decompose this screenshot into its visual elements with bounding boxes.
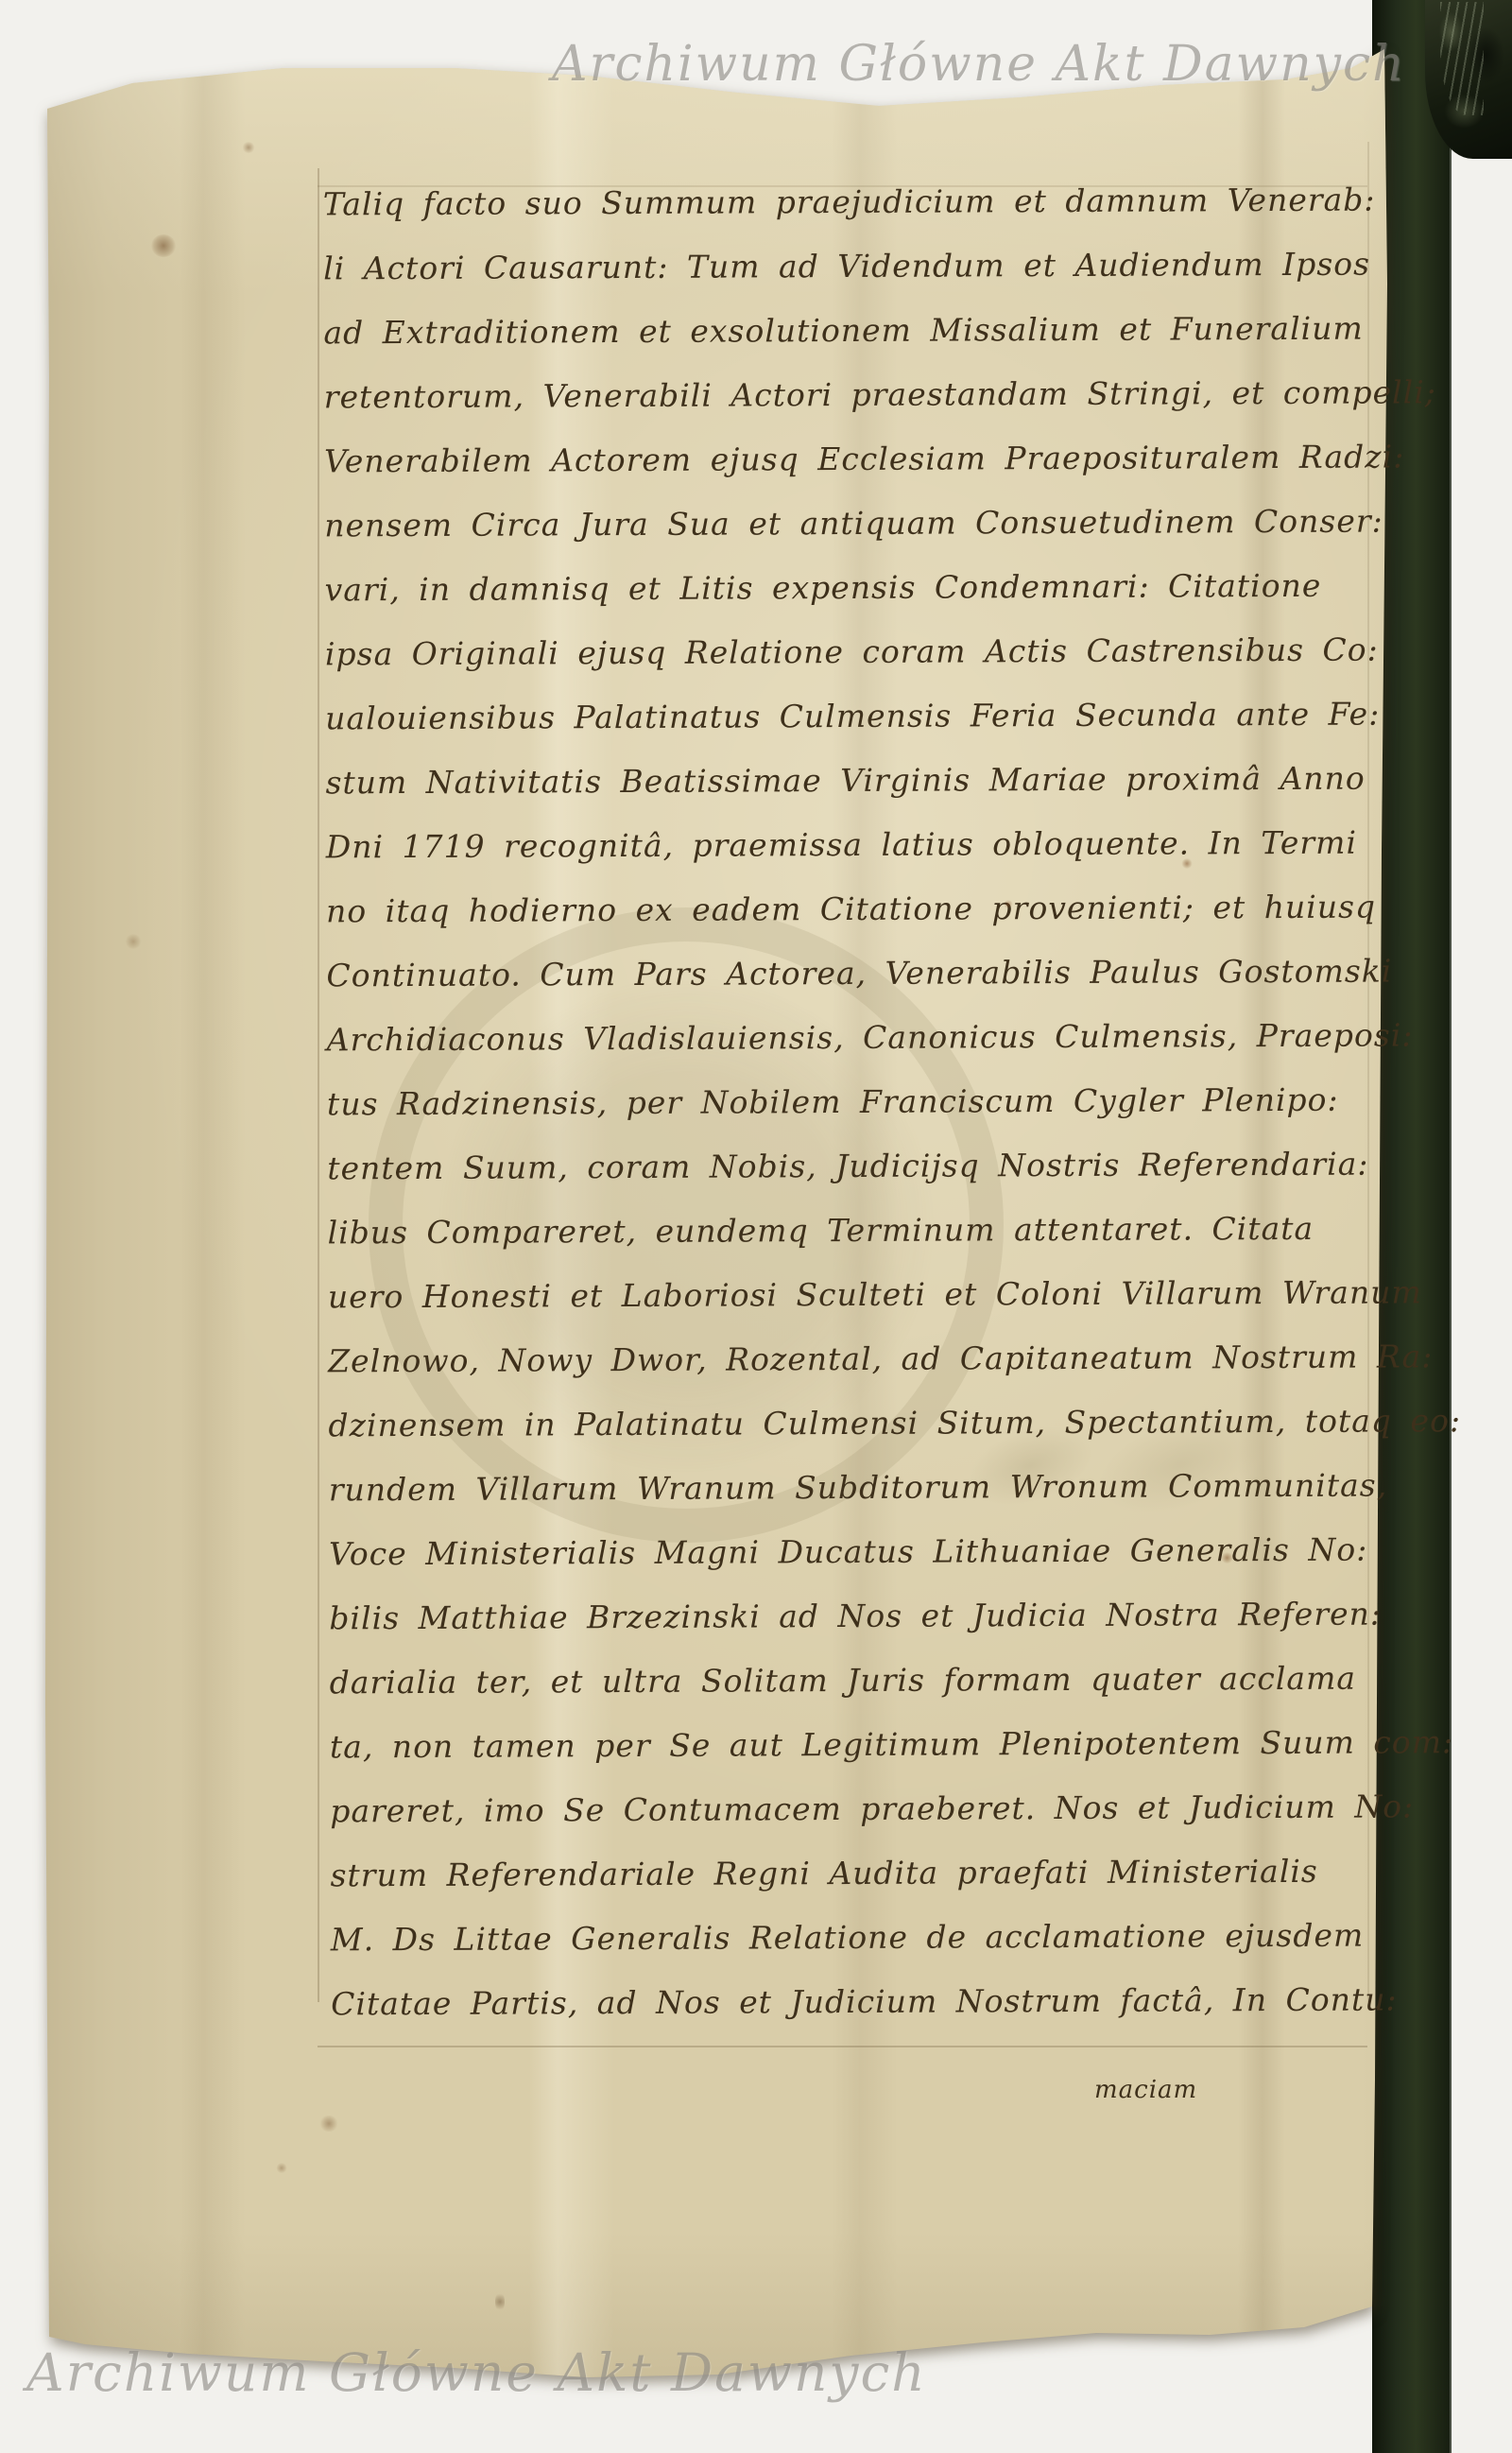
manuscript-line: Citatae Partis, ad Nos et Judicium Nostr… (331, 1968, 1374, 2037)
foxing-spot (242, 142, 255, 153)
manuscript-line: Zelnowo, Nowy Dwor, Rozental, ad Capitan… (328, 1325, 1371, 1394)
foxing-spot (1181, 858, 1193, 869)
manuscript-line: vari, in damnisq et Litis expensis Conde… (324, 554, 1367, 623)
manuscript-line: darialia ter, et ultra Solitam Juris for… (330, 1647, 1373, 1716)
manuscript-line: Archidiaconus Vladislauiensis, Canonicus… (327, 1004, 1370, 1073)
manuscript-line: nensem Circa Jura Sua et antiquam Consue… (324, 490, 1367, 559)
foxing-spot (495, 2291, 505, 2312)
foxing-spot (125, 934, 142, 949)
manuscript-line: Taliq facto suo Summum praejudicium et d… (323, 168, 1366, 237)
manuscript-line: libus Compareret, eundemq Terminum atten… (327, 1197, 1370, 1266)
manuscript-text: Taliq facto suo Summum praejudicium et d… (323, 168, 1375, 2037)
foxing-spot (276, 2163, 287, 2173)
manuscript-line: retentorum, Venerabili Actori praestanda… (324, 361, 1367, 430)
manuscript-line: ualouiensibus Palatinatus Culmensis Feri… (325, 682, 1368, 751)
manuscript-line: stum Nativitatis Beatissimae Virginis Ma… (325, 747, 1368, 816)
catchword: maciam (1094, 2076, 1197, 2104)
ruling-left (318, 168, 319, 2002)
manuscript-line: Venerabilem Actorem ejusq Ecclesiam Prae… (324, 425, 1367, 494)
manuscript-line: ad Extraditionem et exsolutionem Missali… (323, 297, 1366, 366)
archive-watermark-bottom: Archiwum Główne Akt Dawnych (26, 2342, 927, 2403)
manuscript-line: tentem Suum, coram Nobis, Judicijsq Nost… (327, 1132, 1370, 1201)
manuscript-line: Dni 1719 recognitâ, praemissa latius obl… (326, 811, 1369, 880)
foxing-spot (151, 234, 176, 257)
manuscript-line: ta, non tamen per Se aut Legitimum Pleni… (330, 1711, 1373, 1780)
manuscript-line: pareret, imo Se Contumacem praeberet. No… (330, 1775, 1373, 1844)
manuscript-line: tus Radzinensis, per Nobilem Franciscum … (327, 1068, 1370, 1137)
document-scan: Taliq facto suo Summum praejudicium et d… (0, 0, 1512, 2453)
manuscript-line: strum Referendariale Regni Audita praefa… (330, 1840, 1373, 1909)
foxing-spot (1221, 1552, 1233, 1563)
manuscript-line: li Actori Causarunt: Tum ad Videndum et … (323, 233, 1366, 302)
foxing-spot (319, 2116, 338, 2132)
manuscript-line: Continuato. Cum Pars Actorea, Venerabili… (326, 940, 1369, 1009)
manuscript-line: M. Ds Littae Generalis Relatione de accl… (331, 1904, 1374, 1973)
manuscript-line: rundem Villarum Wranum Subditorum Wronum… (329, 1454, 1372, 1523)
manuscript-line: Voce Ministerialis Magni Ducatus Lithuan… (329, 1518, 1372, 1587)
foxing-spot (1004, 900, 1013, 908)
manuscript-line: no itaq hodierno ex eadem Citatione prov… (326, 875, 1369, 944)
manuscript-line: dzinensem in Palatinatu Culmensi Situm, … (328, 1390, 1371, 1459)
manuscript-line: uero Honesti et Laboriosi Sculteti et Co… (328, 1261, 1371, 1330)
manuscript-line: ipsa Originali ejusq Relatione coram Act… (325, 618, 1368, 687)
ruling-bottom (318, 2046, 1367, 2047)
archive-watermark-top: Archiwum Główne Akt Dawnych (552, 36, 1406, 93)
manuscript-line: bilis Matthiae Brzezinski ad Nos et Judi… (329, 1582, 1372, 1651)
